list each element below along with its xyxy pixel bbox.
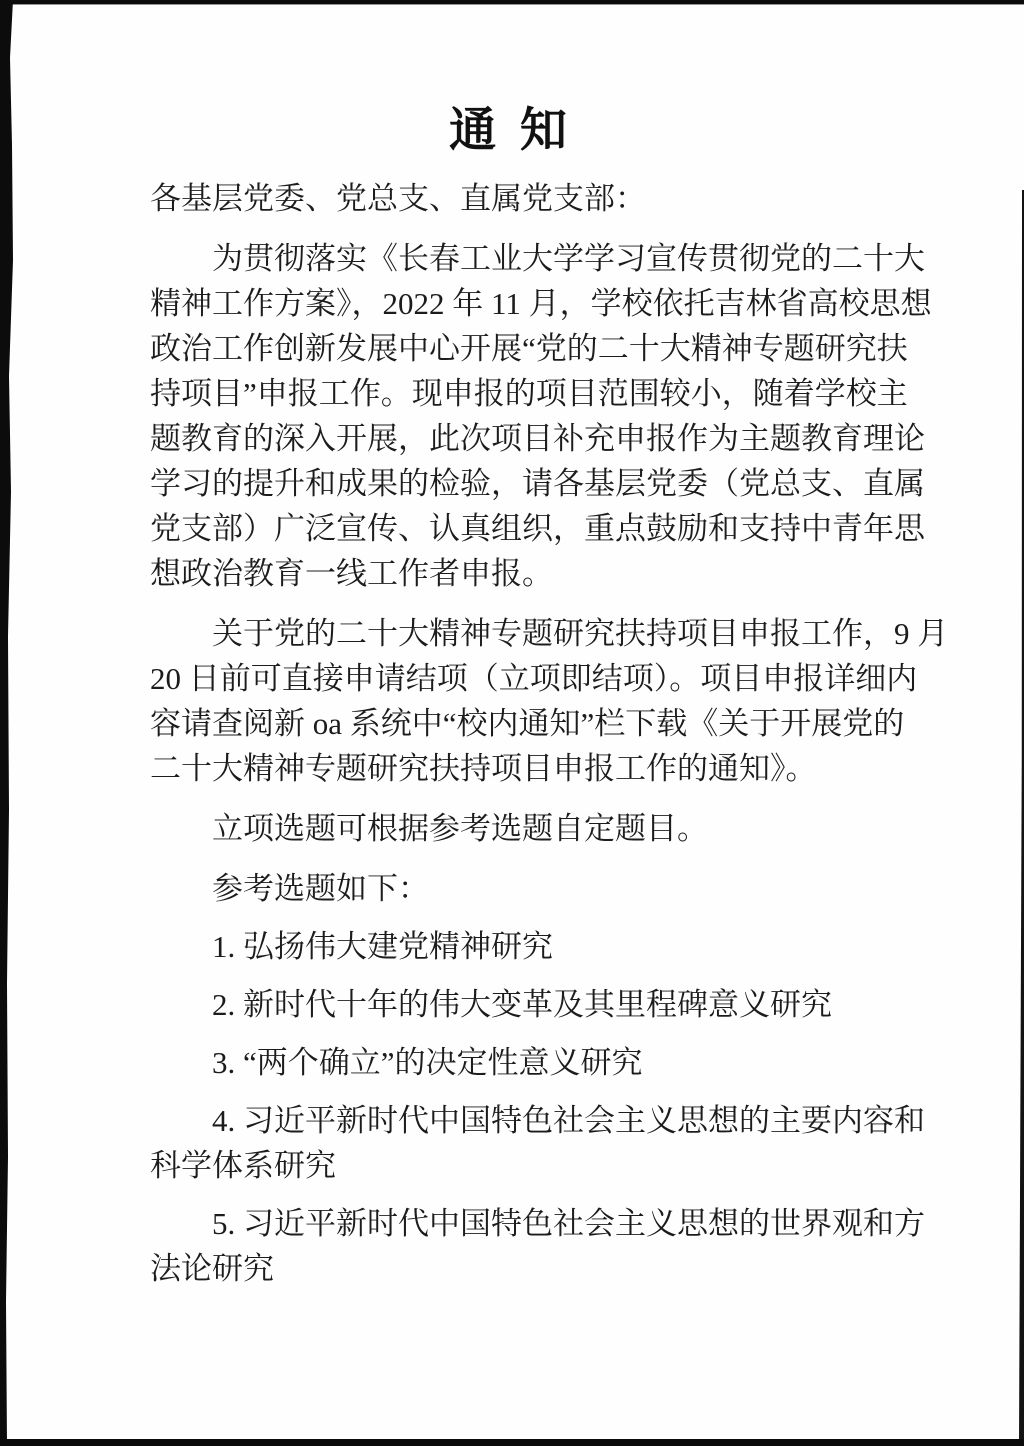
text-line: 3. “两个确立”的决定性意义研究 bbox=[150, 1040, 872, 1085]
paragraph-4: 参考选题如下： bbox=[150, 866, 872, 911]
list-item-5: 5. 习近平新时代中国特色社会主义思想的世界观和方 法论研究 bbox=[150, 1201, 872, 1291]
scanned-notice-page: 通 知 各基层党委、党总支、直属党支部： 为贯彻落实《长春工业大学学习宣传贯彻党… bbox=[0, 0, 1024, 1446]
text-line: 想政治教育一线工作者申报。 bbox=[150, 551, 872, 596]
paragraph-2: 关于党的二十大精神专题研究扶持项目申报工作，9 月 20 日前可直接申请结项（立… bbox=[150, 611, 872, 791]
text-line: 1. 弘扬伟大建党精神研究 bbox=[150, 924, 872, 969]
text-line: 20 日前可直接申请结项（立项即结项）。项目申报详细内 bbox=[150, 656, 872, 701]
paragraph-1: 为贯彻落实《长春工业大学学习宣传贯彻党的二十大 精神工作方案》，2022 年 1… bbox=[150, 236, 872, 596]
text-line: 2. 新时代十年的伟大变革及其里程碑意义研究 bbox=[150, 982, 872, 1027]
text-line: 二十大精神专题研究扶持项目申报工作的通知》。 bbox=[150, 746, 872, 791]
document-body: 通 知 各基层党委、党总支、直属党支部： 为贯彻落实《长春工业大学学习宣传贯彻党… bbox=[150, 100, 872, 1291]
scan-border-top bbox=[0, 0, 1024, 6]
text-line: 立项选题可根据参考选题自定题目。 bbox=[150, 806, 872, 851]
text-line: 政治工作创新发展中心开展“党的二十大精神专题研究扶 bbox=[150, 326, 872, 371]
text-line: 持项目”申报工作。现申报的项目范围较小，随着学校主 bbox=[150, 371, 872, 416]
text-line: 科学体系研究 bbox=[150, 1143, 872, 1188]
text-line: 为贯彻落实《长春工业大学学习宣传贯彻党的二十大 bbox=[150, 236, 872, 281]
text-line: 参考选题如下： bbox=[150, 866, 872, 911]
list-item-2: 2. 新时代十年的伟大变革及其里程碑意义研究 bbox=[150, 982, 872, 1027]
text-line: 精神工作方案》，2022 年 11 月，学校依托吉林省高校思想 bbox=[150, 281, 872, 326]
page-title: 通 知 bbox=[150, 100, 872, 162]
paragraph-3: 立项选题可根据参考选题自定题目。 bbox=[150, 806, 872, 851]
text-line: 4. 习近平新时代中国特色社会主义思想的主要内容和 bbox=[150, 1098, 872, 1143]
text-line: 法论研究 bbox=[150, 1246, 872, 1291]
list-item-1: 1. 弘扬伟大建党精神研究 bbox=[150, 924, 872, 969]
text-line: 5. 习近平新时代中国特色社会主义思想的世界观和方 bbox=[150, 1201, 872, 1246]
scan-border-bottom bbox=[0, 1439, 1024, 1446]
scan-border-left bbox=[0, 0, 14, 1446]
text-line: 关于党的二十大精神专题研究扶持项目申报工作，9 月 bbox=[150, 611, 872, 656]
text-line: 学习的提升和成果的检验，请各基层党委（党总支、直属 bbox=[150, 461, 872, 506]
list-item-3: 3. “两个确立”的决定性意义研究 bbox=[150, 1040, 872, 1085]
scan-border-right bbox=[1019, 190, 1024, 1446]
text-line: 容请查阅新 oa 系统中“校内通知”栏下载《关于开展党的 bbox=[150, 701, 872, 746]
text-line: 题教育的深入开展，此次项目补充申报作为主题教育理论 bbox=[150, 416, 872, 461]
text-line: 党支部）广泛宣传、认真组织，重点鼓励和支持中青年思 bbox=[150, 506, 872, 551]
salutation: 各基层党委、党总支、直属党支部： bbox=[150, 176, 872, 221]
list-item-4: 4. 习近平新时代中国特色社会主义思想的主要内容和 科学体系研究 bbox=[150, 1098, 872, 1188]
